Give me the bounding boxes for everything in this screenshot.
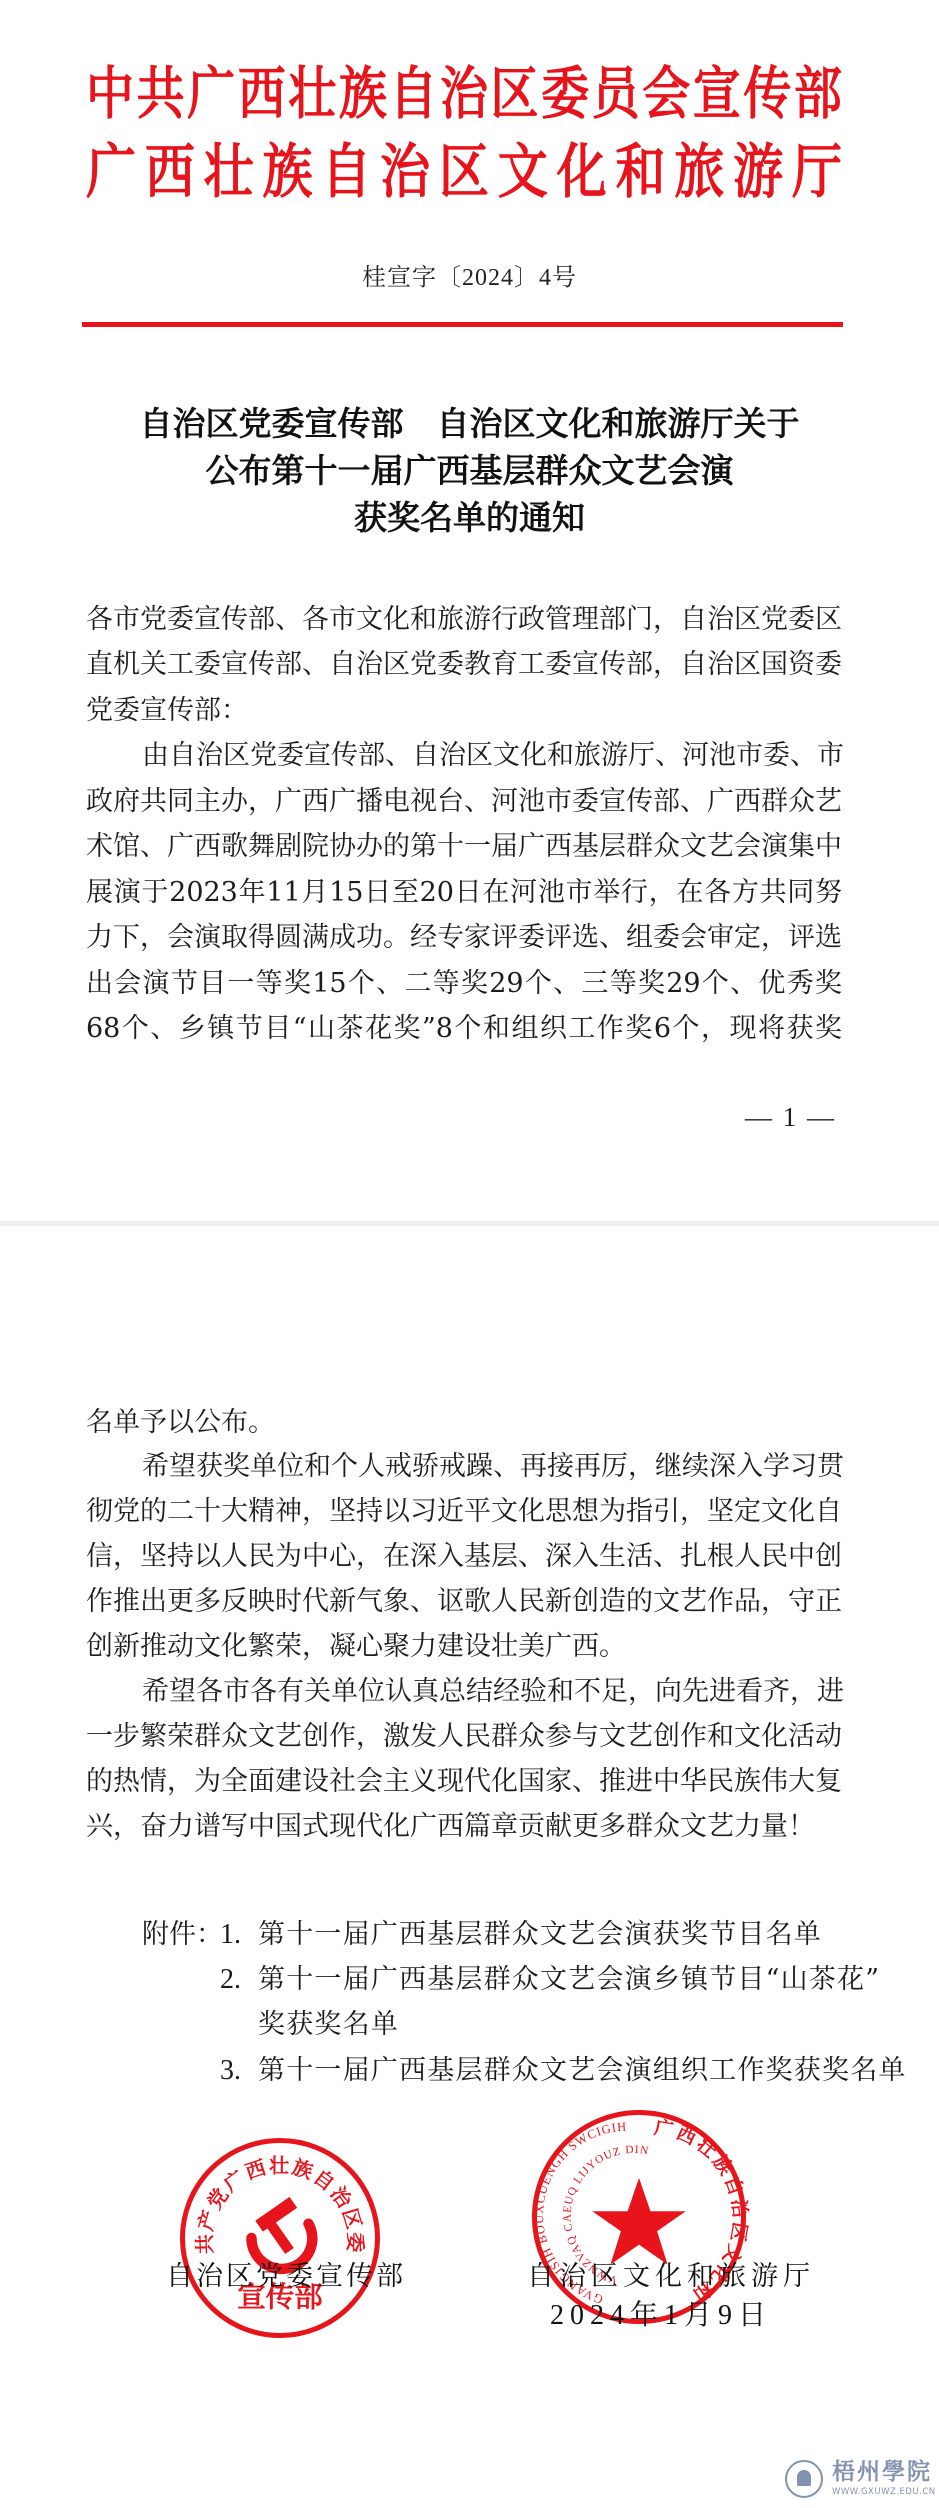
page-separator bbox=[0, 1221, 939, 1226]
signature-culture-tourism-dept: 自治区文化和旅游厅 bbox=[527, 2259, 815, 2295]
paragraph-line: 展演于2023年11月15日至20日在河池市举行，在各方共同努 bbox=[86, 873, 842, 913]
paragraph-line: 彻党的二十大精神，坚持以习近平文化思想为指引，坚定文化自 bbox=[86, 1492, 842, 1532]
hammer-sickle-icon: 中国共产党广西壮族自治区委员会 宣传部 bbox=[185, 2143, 375, 2333]
paragraph-line: 术馆、广西歌舞剧院协办的第十一届广西基层群众文艺会演集中 bbox=[86, 827, 842, 867]
paragraph-line: 政府共同主办，广西广播电视台、河池市委宣传部、广西群众艺 bbox=[86, 782, 842, 822]
red-divider bbox=[82, 322, 843, 327]
watermark-url: WWW.GXUWZ.EDU.CN bbox=[832, 2487, 936, 2497]
page-number: — 1 — bbox=[745, 1100, 836, 1134]
issue-date: 2024年1月9日 bbox=[550, 2298, 772, 2334]
paragraph-line: 68个、乡镇节目“山茶花奖”8个和组织工作奖6个，现将获奖 bbox=[86, 1009, 842, 1049]
university-logo-icon bbox=[785, 2460, 823, 2498]
paragraph-line: 作推出更多反映时代新气象、讴歌人民新创造的文艺作品，守正 bbox=[86, 1582, 842, 1622]
paragraph-line: 出会演节目一等奖15个、二等奖29个、三等奖29个、优秀奖 bbox=[86, 964, 842, 1004]
attachment-number: 2. bbox=[220, 1960, 241, 2000]
notice-title-line-3: 获奖名单的通知 bbox=[0, 496, 939, 540]
paragraph-line: 由自治区党委宣传部、自治区文化和旅游厅、河池市委、市 bbox=[142, 736, 842, 776]
watermark: 梧州學院 WWW.GXUWZ.EDU.CN bbox=[780, 2455, 939, 2505]
addressee-line: 各市党委宣传部、各市文化和旅游行政管理部门，自治区党委区 bbox=[86, 600, 842, 640]
document-number: 桂宣字〔2024〕4号 bbox=[0, 262, 939, 294]
paragraph-line: 一步繁荣群众文艺创作，激发人民群众参与文艺创作和文化活动 bbox=[86, 1717, 842, 1757]
party-publicity-dept-seal: 中国共产党广西壮族自治区委员会 宣传部 bbox=[180, 2138, 380, 2338]
attachments-label: 附件： bbox=[142, 1915, 223, 1955]
notice-title-line-2: 公布第十一届广西基层群众文艺会演 bbox=[0, 449, 939, 493]
attachment-item-2[interactable]: 第十一届广西基层群众文艺会演乡镇节目“山茶花” bbox=[258, 1960, 880, 2000]
issuing-org-line-2: 广西壮族自治区文化和旅游厅 bbox=[86, 142, 842, 202]
notice-title-line-1: 自治区党委宣传部 自治区文化和旅游厅关于 bbox=[0, 402, 939, 446]
paragraph-line: 兴，奋力谱写中国式现代化广西篇章贡献更多群众文艺力量！ bbox=[86, 1807, 842, 1847]
attachment-item-1[interactable]: 第十一届广西基层群众文艺会演获奖节目名单 bbox=[258, 1915, 822, 1955]
paragraph-line: 信，坚持以人民为中心，在深入基层、深入生活、扎根人民中创 bbox=[86, 1537, 842, 1577]
attachment-item-2-continued[interactable]: 奖获奖名单 bbox=[258, 2005, 399, 2045]
addressee-line: 党委宣传部： bbox=[86, 691, 842, 731]
attachment-number: 1. bbox=[220, 1915, 241, 1955]
svg-text:中国共产党广西壮族自治区委员会: 中国共产党广西壮族自治区委员会 bbox=[174, 2124, 368, 2254]
continuation-line: 名单予以公布。 bbox=[86, 1403, 842, 1443]
issuing-org-line-1: 中共广西壮族自治区委员会宣传部 bbox=[86, 64, 842, 124]
watermark-name: 梧州學院 bbox=[832, 2459, 932, 2485]
attachment-number: 3. bbox=[220, 2051, 241, 2091]
signature-publicity-dept: 自治区党委宣传部 bbox=[166, 2259, 406, 2295]
addressee-line: 直机关工委宣传部、自治区党委教育工委宣传部，自治区国资委 bbox=[86, 645, 842, 685]
paragraph-line: 希望获奖单位和个人戒骄戒躁、再接再厉，继续深入学习贯 bbox=[142, 1447, 842, 1487]
paragraph-line: 创新推动文化繁荣，凝心聚力建设壮美广西。 bbox=[86, 1627, 842, 1667]
paragraph-line: 的热情，为全面建设社会主义现代化国家、推进中华民族伟大复 bbox=[86, 1762, 842, 1802]
paragraph-line: 力下，会演取得圆满成功。经专家评委评选、组委会审定，评选 bbox=[86, 918, 842, 958]
attachment-item-3[interactable]: 第十一届广西基层群众文艺会演组织工作奖获奖名单 bbox=[258, 2051, 907, 2091]
paragraph-line: 希望各市各有关单位认真总结经验和不足，向先进看齐，进 bbox=[142, 1672, 842, 1712]
